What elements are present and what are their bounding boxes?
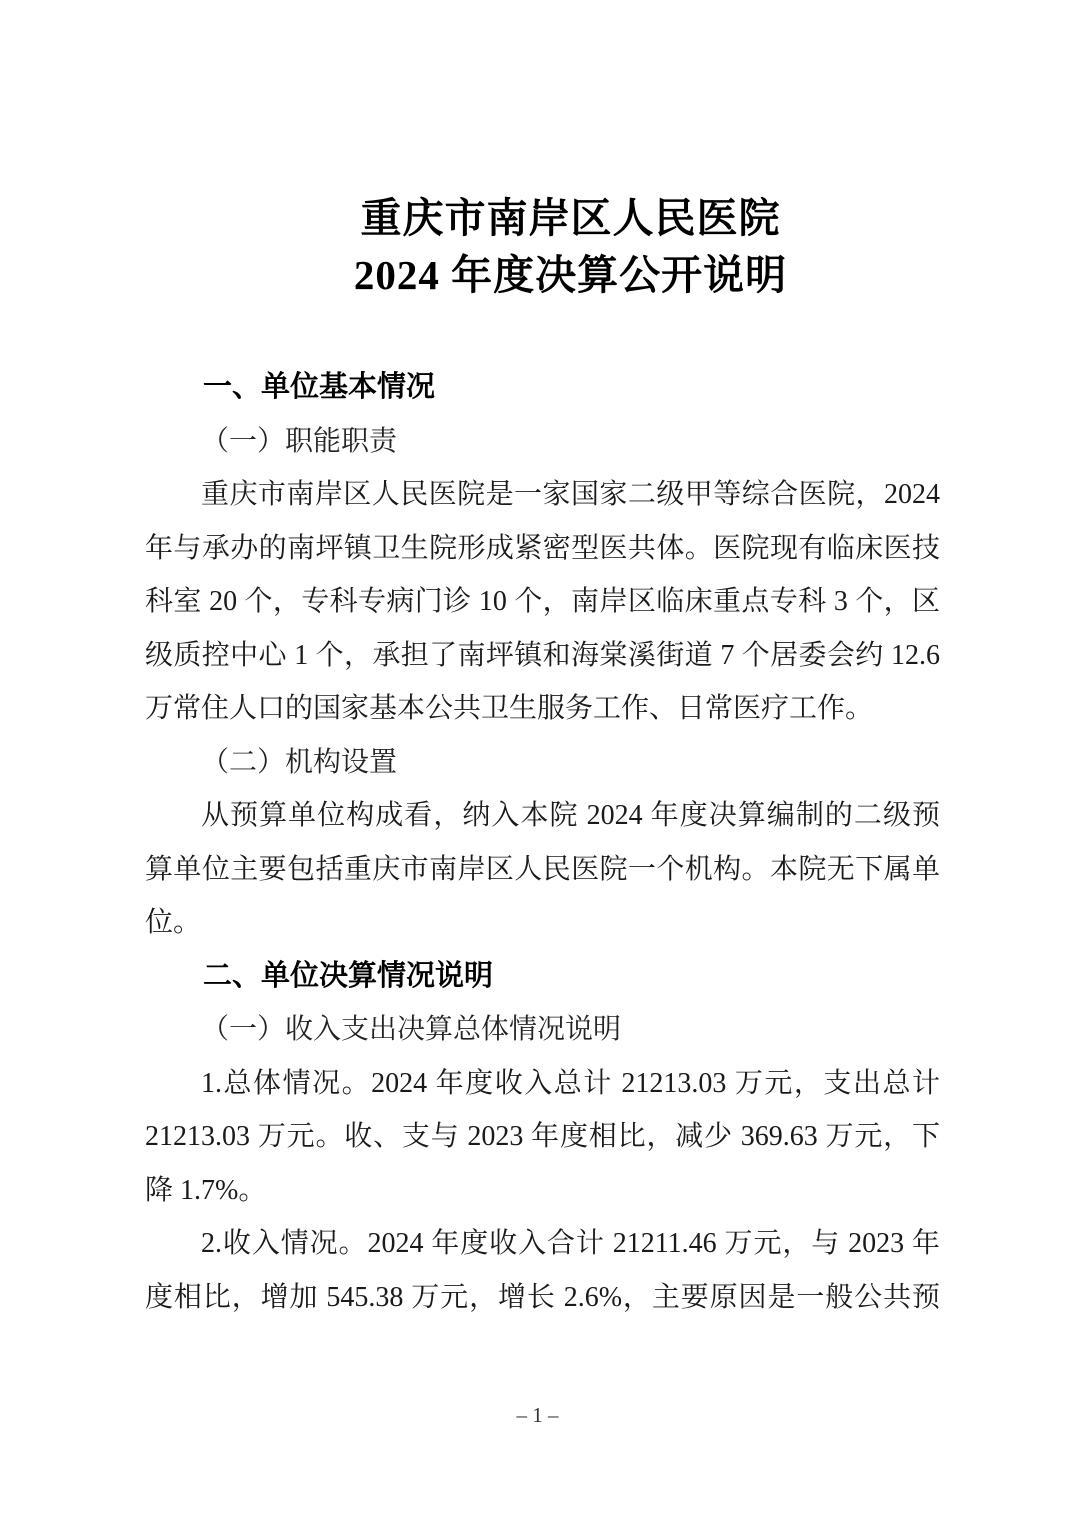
subsection-heading: （二）机构设置 [145,736,940,790]
section-heading: 一、单位基本情况 [145,361,940,415]
document-body: 一、单位基本情况（一）职能职责重庆市南岸区人民医院是一家国家二级甲等综合医院，2… [145,361,940,1324]
subsection-heading: （一）职能职责 [145,415,940,469]
section-heading: 二、单位决算情况说明 [145,950,940,1004]
body-paragraph: 从预算单位构成看，纳入本院 2024 年度决算编制的二级预算单位主要包括重庆市南… [145,789,940,950]
document-title: 重庆市南岸区人民医院 2024 年度决算公开说明 [201,190,940,304]
subsection-heading: （一）收入支出决算总体情况说明 [145,1003,940,1057]
body-paragraph: 2.收入情况。2024 年度收入合计 21211.46 万元，与 2023 年度… [145,1217,940,1324]
body-paragraph: 1.总体情况。2024 年度收入总计 21213.03 万元，支出总计 2121… [145,1057,940,1218]
document-title-line2: 2024 年度决算公开说明 [201,247,940,304]
body-paragraph: 重庆市南岸区人民医院是一家国家二级甲等综合医院，2024 年与承办的南坪镇卫生院… [145,468,940,736]
page-footer: – 1 – [0,1400,1075,1430]
document-title-line1: 重庆市南岸区人民医院 [201,190,940,247]
page-number: – 1 – [517,1403,559,1427]
document-page: 重庆市南岸区人民医院 2024 年度决算公开说明 一、单位基本情况（一）职能职责… [0,0,1075,1520]
